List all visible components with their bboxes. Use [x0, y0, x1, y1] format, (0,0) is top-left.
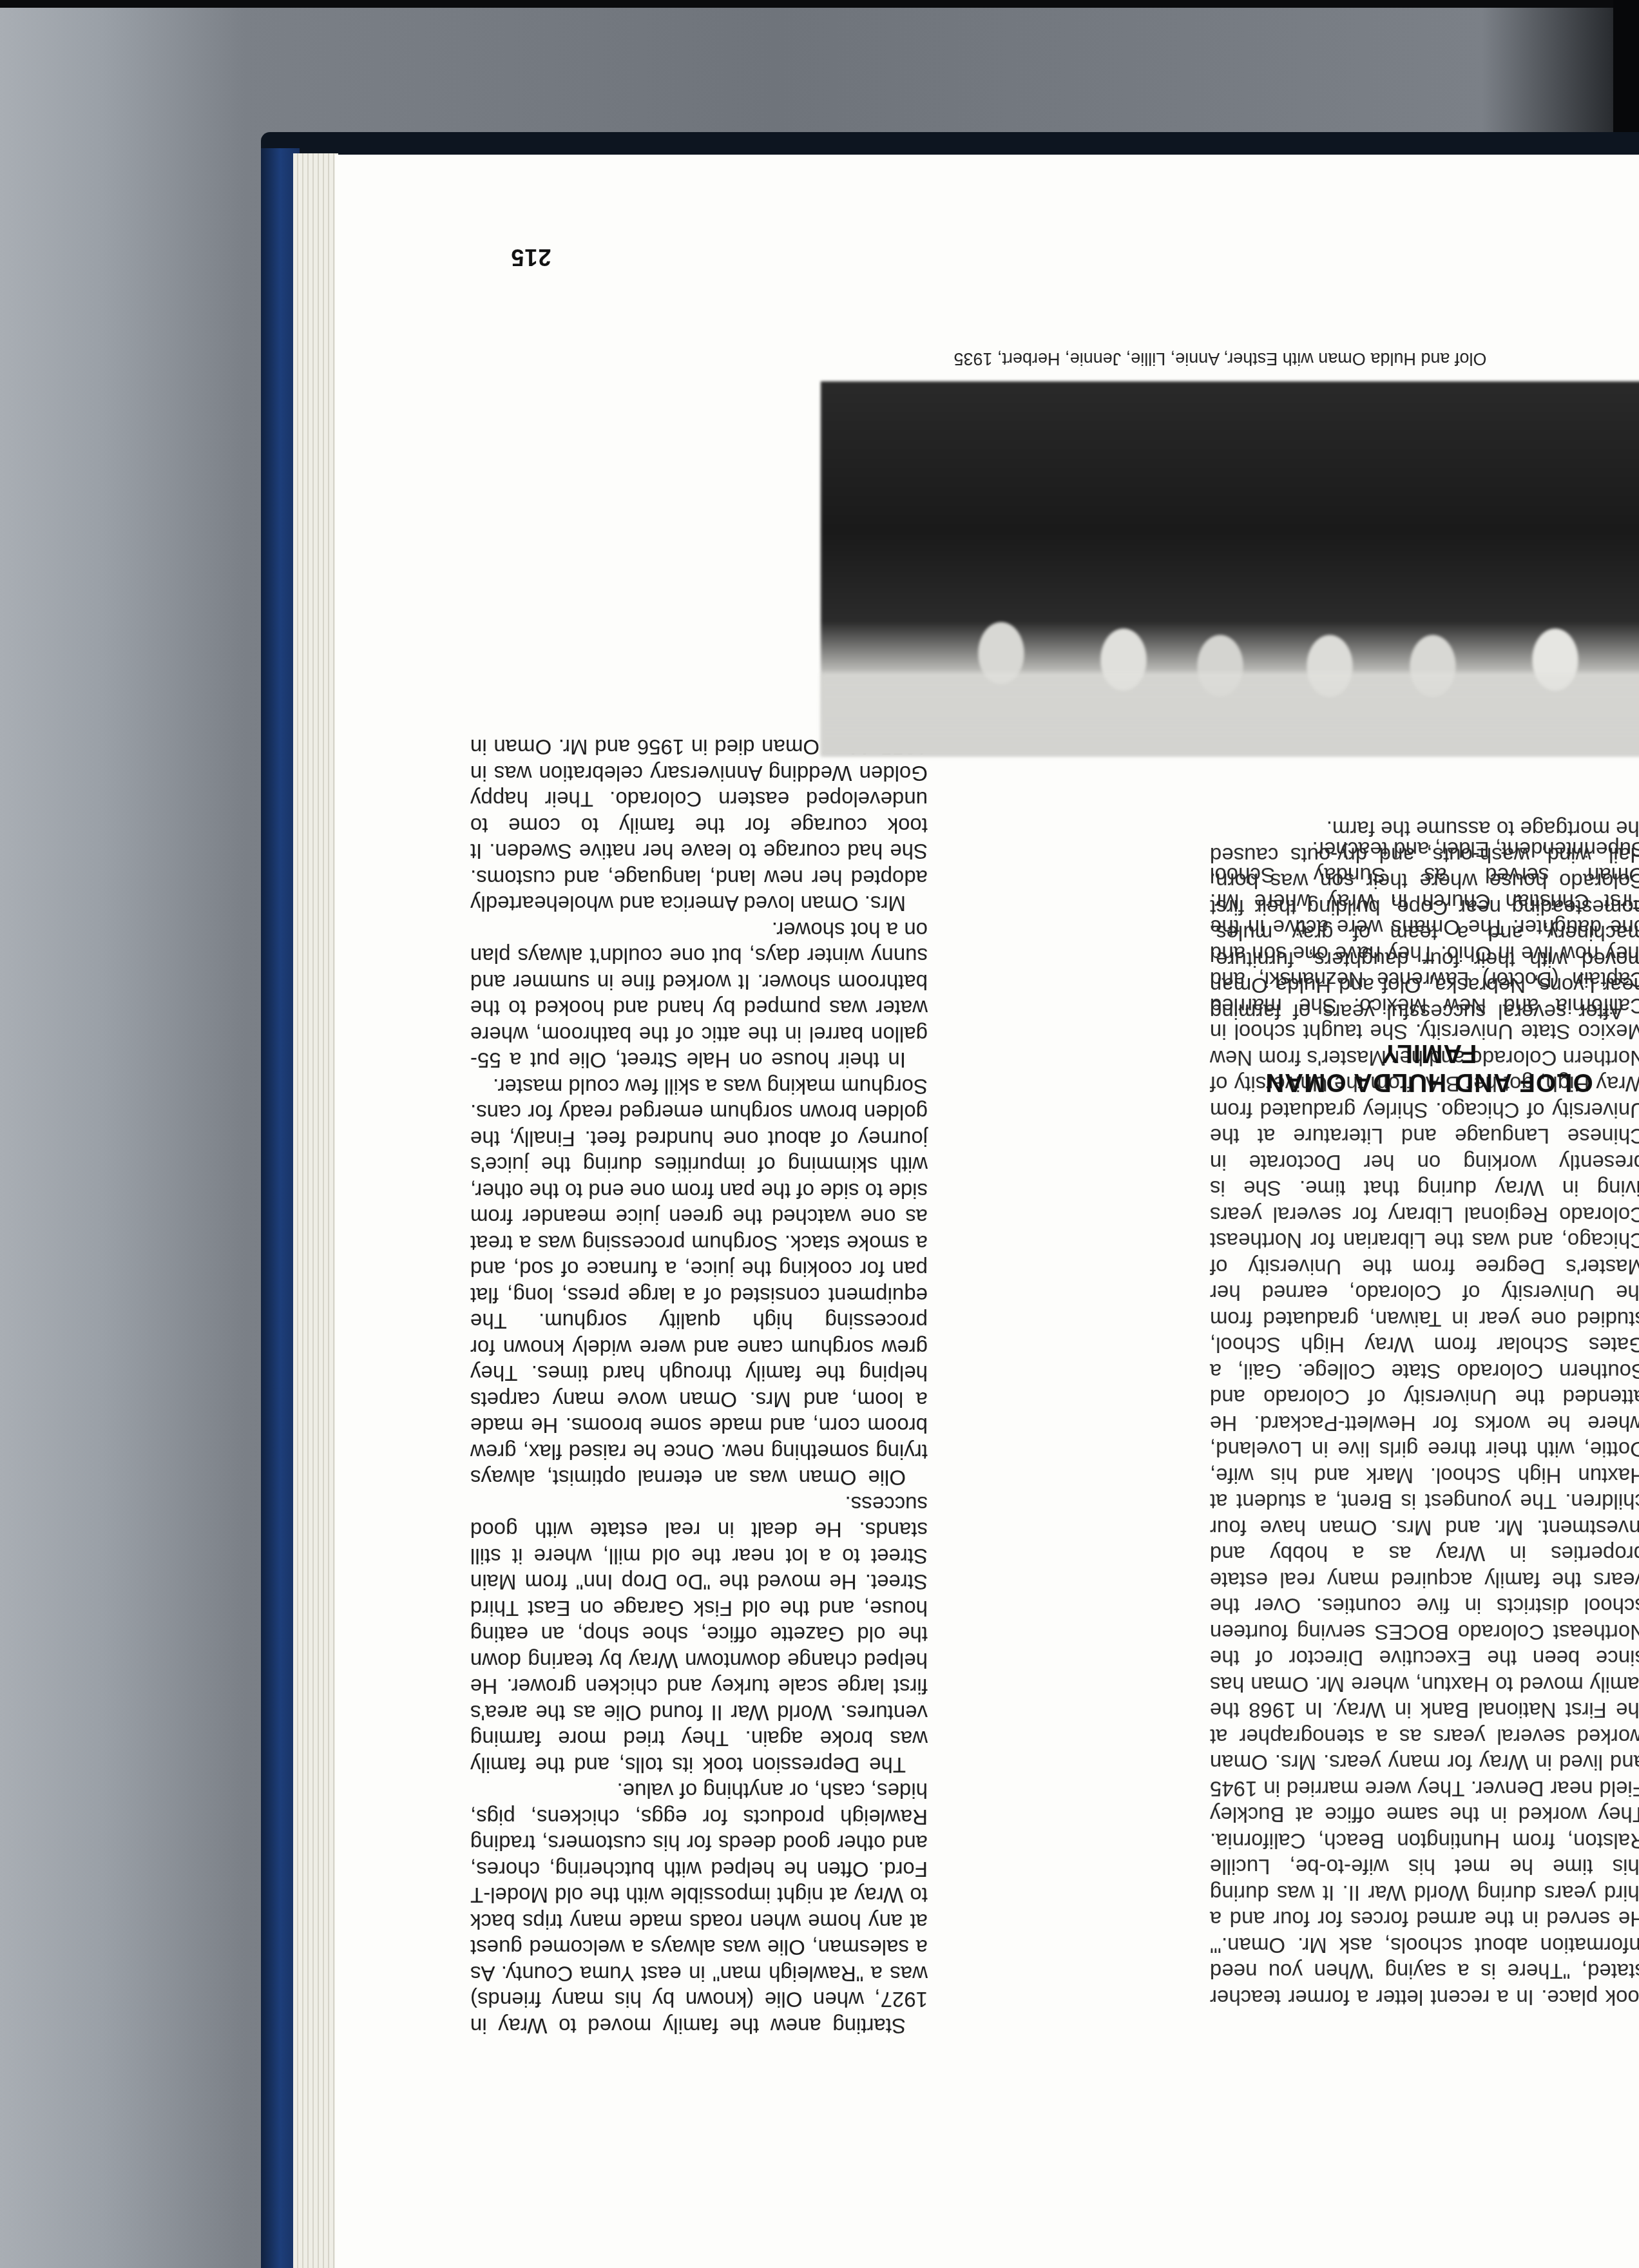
article-title: OLOF AND HULDA OMAN FAMILY — [1216, 1039, 1639, 1097]
article-paragraph-4: Olie Oman was an eternal optimist, alway… — [470, 1073, 928, 1491]
article-paragraph-2: Starting anew the family moved to Wray i… — [470, 1778, 928, 2039]
article-paragraph-3: The Depression took its tolls, and the f… — [470, 1491, 928, 1778]
book-page: LUCILLE OMAN JUANITA OLSON took place. I… — [335, 155, 1639, 2268]
scanner-edge-top — [0, 0, 1639, 8]
article-intro-column: After several successful years of farmin… — [1210, 816, 1639, 1024]
article-column-right: Starting anew the family moved to Wray i… — [470, 708, 928, 2039]
article-paragraph-1: After several successful years of farmin… — [1210, 816, 1639, 1024]
book-page-edges — [293, 153, 338, 2268]
page-content-rotated: LUCILLE OMAN JUANITA OLSON took place. I… — [335, 155, 1639, 2268]
page-number: 215 — [466, 244, 595, 271]
article-paragraph-5: In their house on Hale Street, Olie put … — [470, 917, 928, 1073]
family-photo-sky — [821, 673, 1639, 756]
photo-caption: Olof and Hulda Oman with Esther, Annie, … — [801, 349, 1639, 369]
